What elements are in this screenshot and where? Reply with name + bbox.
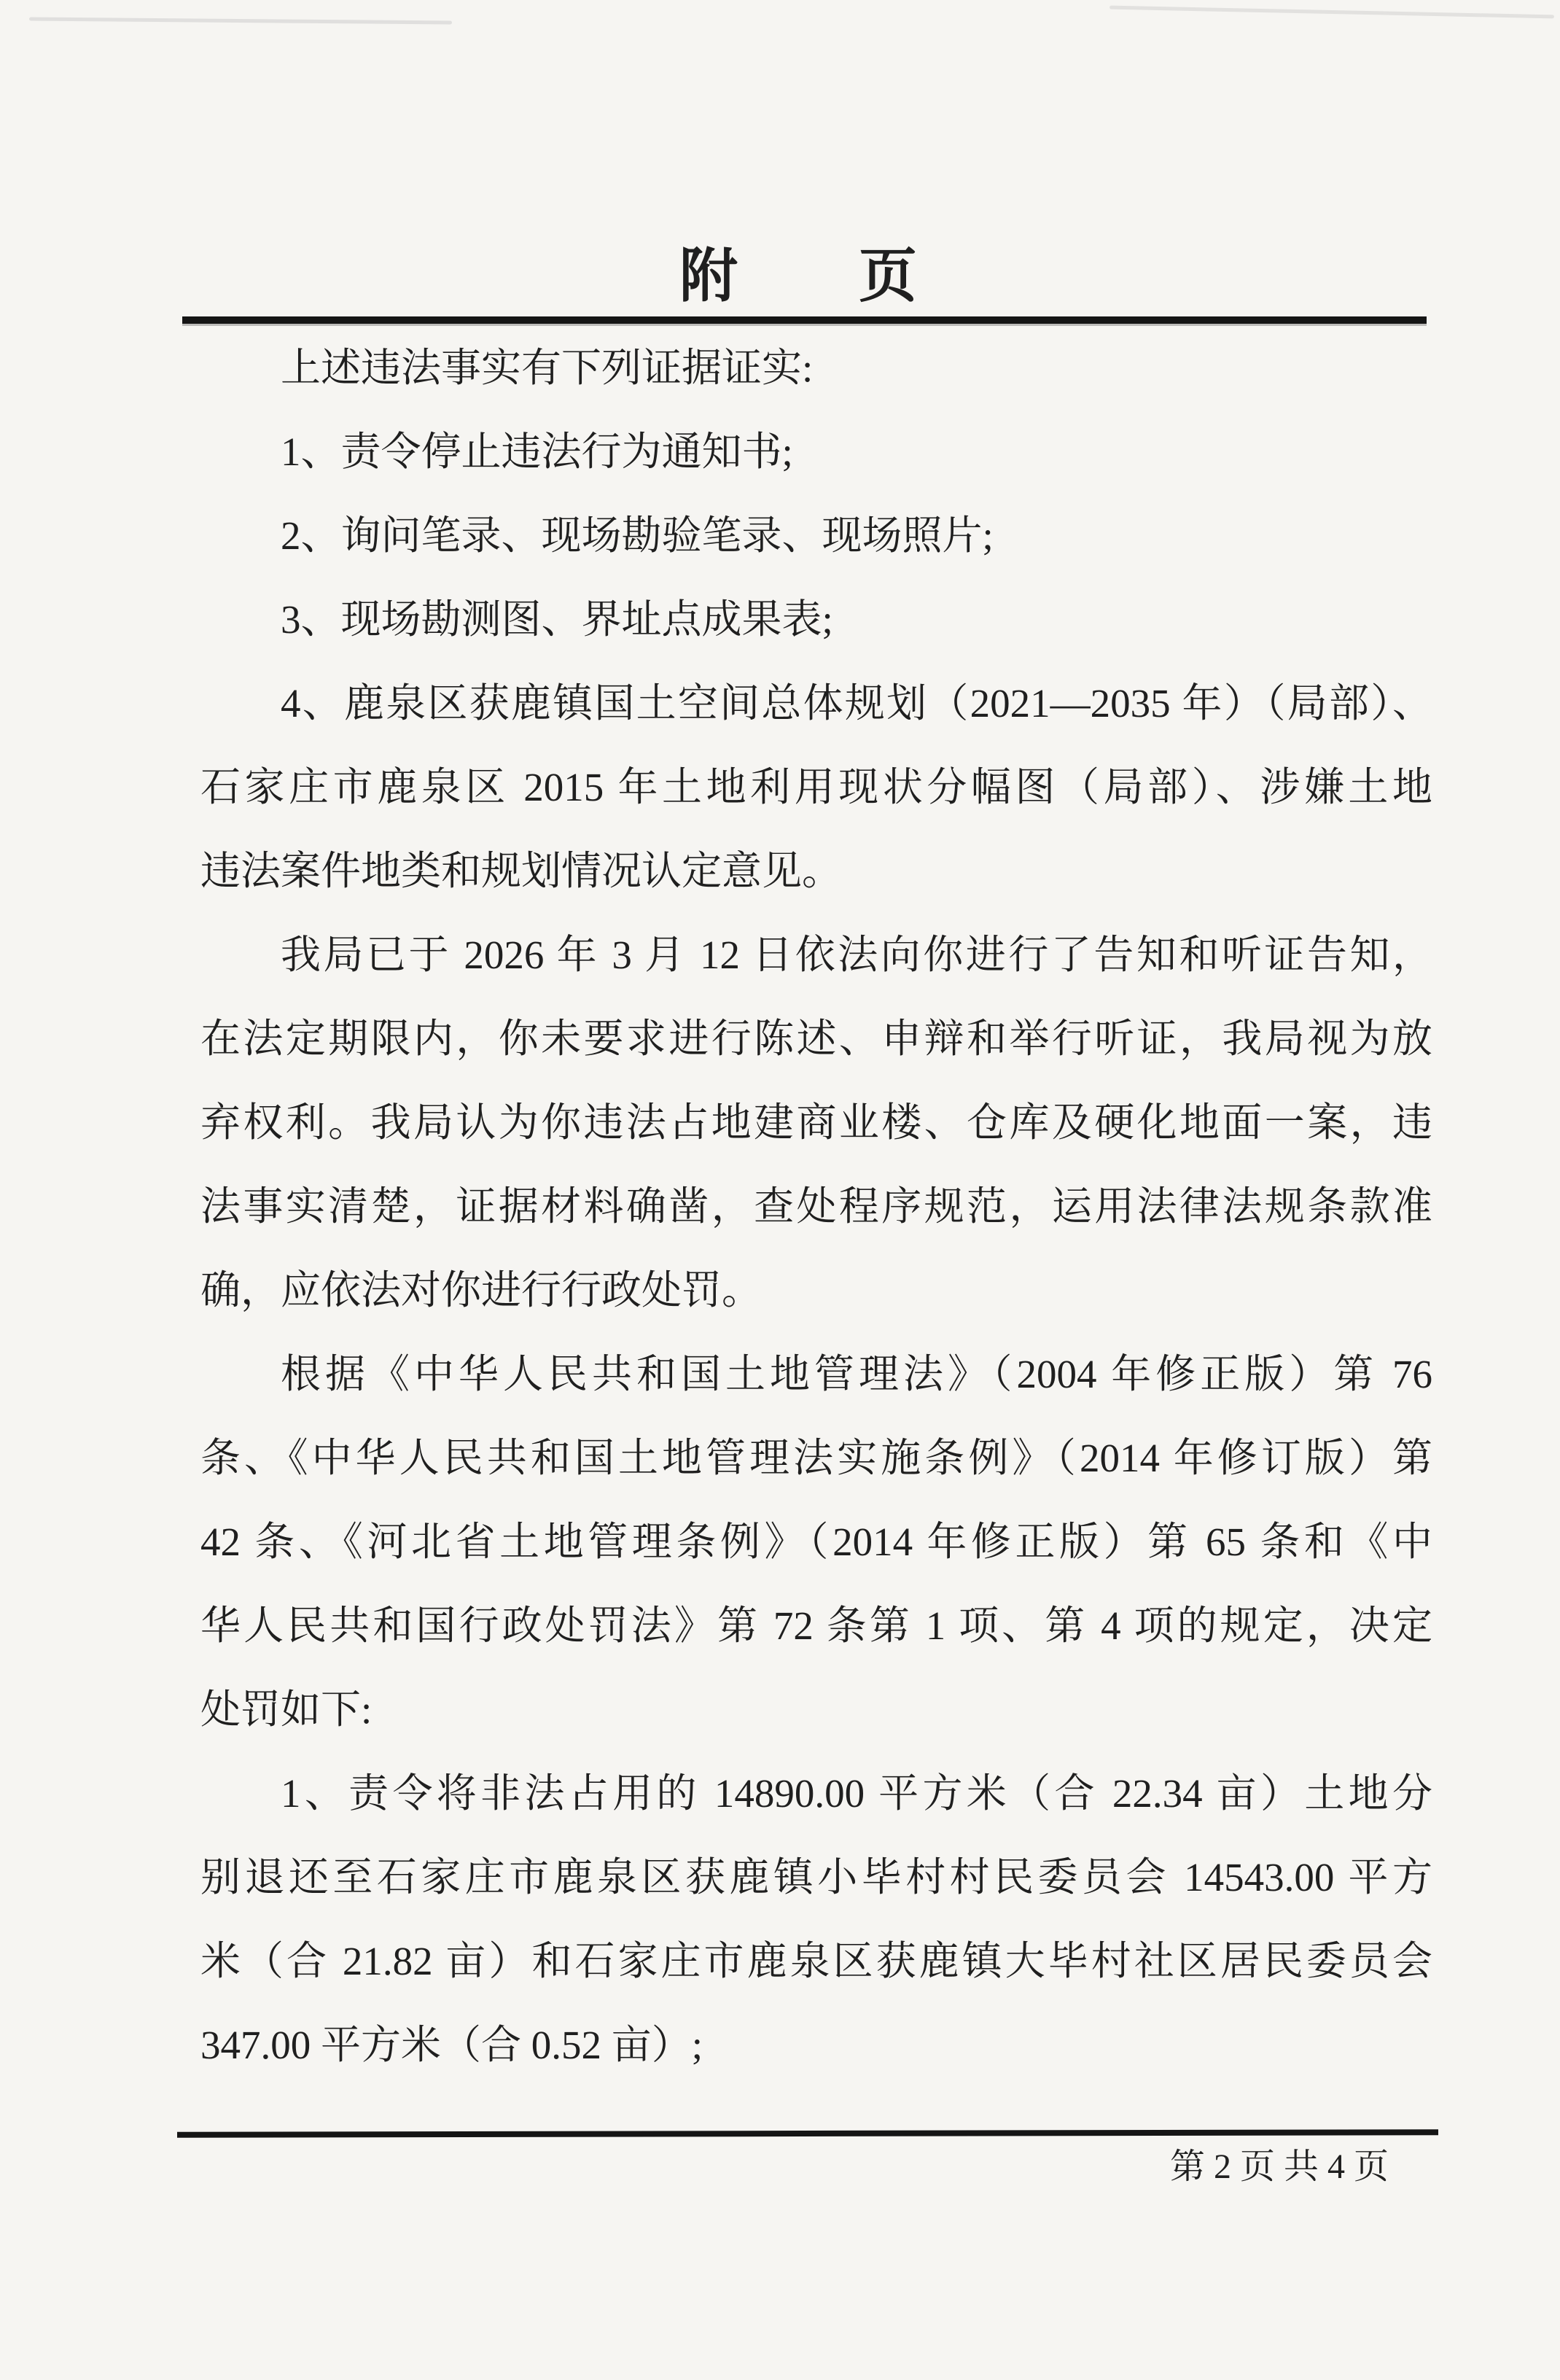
body-line: 条、《中华人民共和国土地管理法实施条例》（2014 年修订版）第 xyxy=(200,1416,1432,1500)
body-line: 别退还至石家庄市鹿泉区获鹿镇小毕村村民委员会 14543.00 平方 xyxy=(200,1835,1432,1919)
body-line: 1、责令将非法占用的 14890.00 平方米（合 22.34 亩）土地分 xyxy=(200,1751,1432,1835)
title-underline-rule xyxy=(182,316,1427,324)
body-line: 处罚如下: xyxy=(200,1668,1432,1751)
body-line: 3、现场勘测图、界址点成果表; xyxy=(200,577,1432,661)
body-line: 42 条、《河北省土地管理条例》（2014 年修正版）第 65 条和《中 xyxy=(200,1500,1432,1584)
body-line: 在法定期限内，你未要求进行陈述、申辩和举行听证，我局视为放 xyxy=(200,997,1432,1081)
body-line: 4、鹿泉区获鹿镇国土空间总体规划（2021—2035 年）（局部）、 xyxy=(200,661,1432,745)
body-line: 347.00 平方米（合 0.52 亩）; xyxy=(200,2003,1432,2087)
footer-rule xyxy=(177,2129,1438,2138)
page-title: 附 页 xyxy=(19,241,1560,314)
body-line: 华人民共和国行政处罚法》第 72 条第 1 项、第 4 项的规定，决定 xyxy=(200,1584,1432,1668)
scan-streak-top-left xyxy=(29,17,452,24)
page-number: 第 2 页 共 4 页 xyxy=(1170,2145,1389,2189)
body-line: 法事实清楚，证据材料确凿，查处程序规范，运用法律法规条款准 xyxy=(200,1164,1432,1248)
document-page: 附 页 上述违法事实有下列证据证实:1、责令停止违法行为通知书;2、询问笔录、现… xyxy=(0,0,1560,2380)
body-line: 1、责令停止违法行为通知书; xyxy=(200,410,1432,494)
body-line: 上述违法事实有下列证据证实: xyxy=(200,326,1432,410)
scan-streak-top-right xyxy=(1109,6,1554,19)
body-lines: 上述违法事实有下列证据证实:1、责令停止违法行为通知书;2、询问笔录、现场勘验笔… xyxy=(200,326,1432,2087)
body-line: 确，应依法对你进行行政处罚。 xyxy=(200,1248,1432,1332)
body-line: 米（合 21.82 亩）和石家庄市鹿泉区获鹿镇大毕村社区居民委员会 xyxy=(200,1919,1432,2003)
body-line: 根据《中华人民共和国土地管理法》（2004 年修正版）第 76 xyxy=(200,1332,1432,1416)
body-line: 弃权利。我局认为你违法占地建商业楼、仓库及硬化地面一案，违 xyxy=(200,1081,1432,1164)
body-line: 2、询问笔录、现场勘验笔录、现场照片; xyxy=(200,494,1432,577)
body-line: 违法案件地类和规划情况认定意见。 xyxy=(200,829,1432,913)
body-line: 我局已于 2026 年 3 月 12 日依法向你进行了告知和听证告知， xyxy=(200,913,1432,997)
body-line: 石家庄市鹿泉区 2015 年土地利用现状分幅图（局部）、涉嫌土地 xyxy=(200,745,1432,829)
